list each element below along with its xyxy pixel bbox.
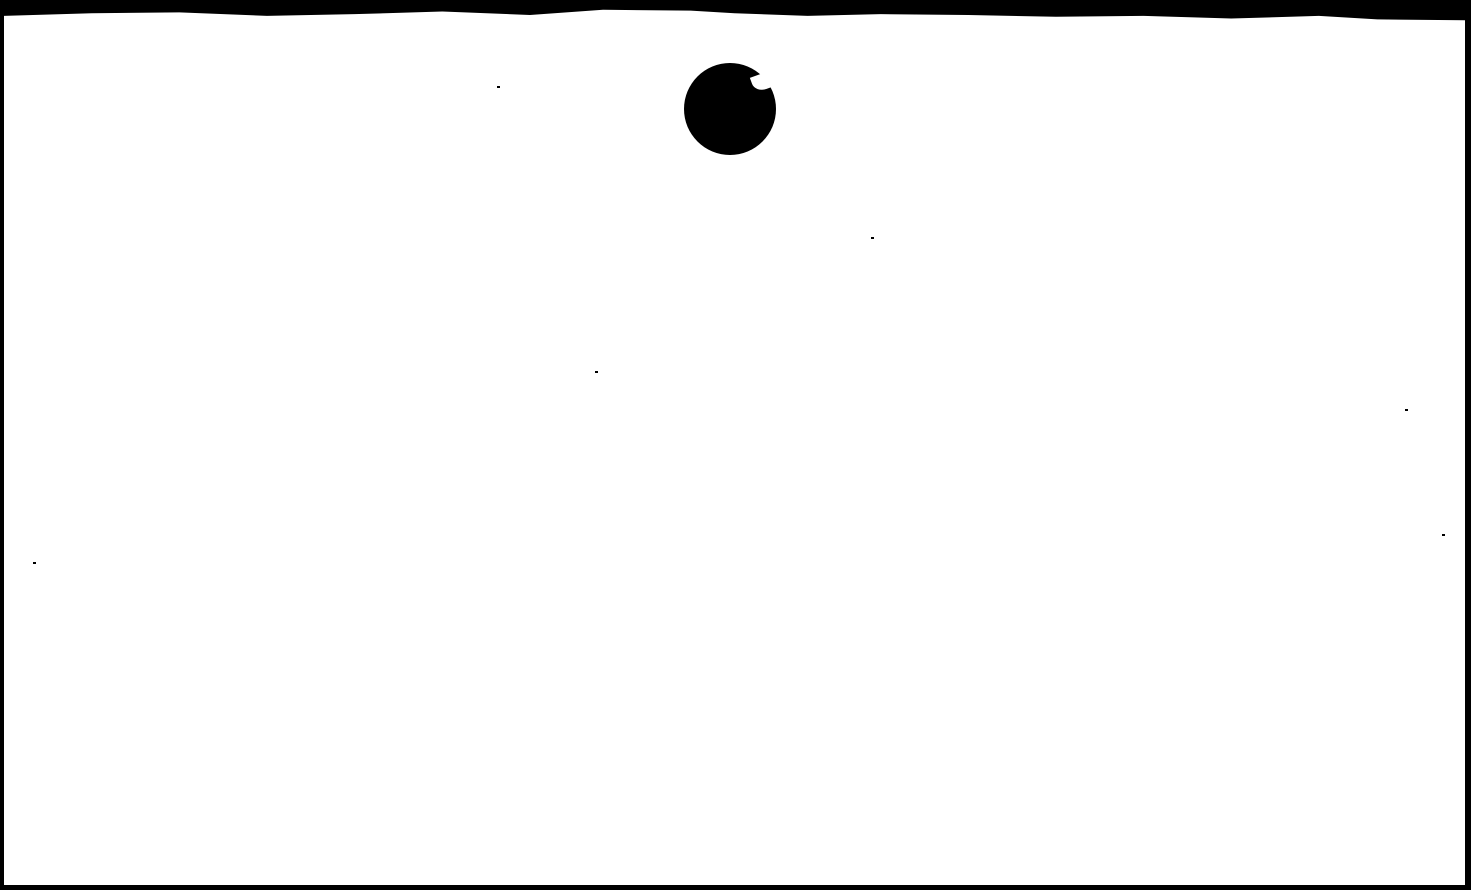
- speck: [1442, 534, 1445, 536]
- scene-background: [0, 0, 1471, 890]
- speck: [497, 86, 500, 88]
- speck: [595, 371, 598, 373]
- speck: [33, 562, 36, 564]
- speck: [1405, 409, 1408, 411]
- speck: [871, 237, 874, 239]
